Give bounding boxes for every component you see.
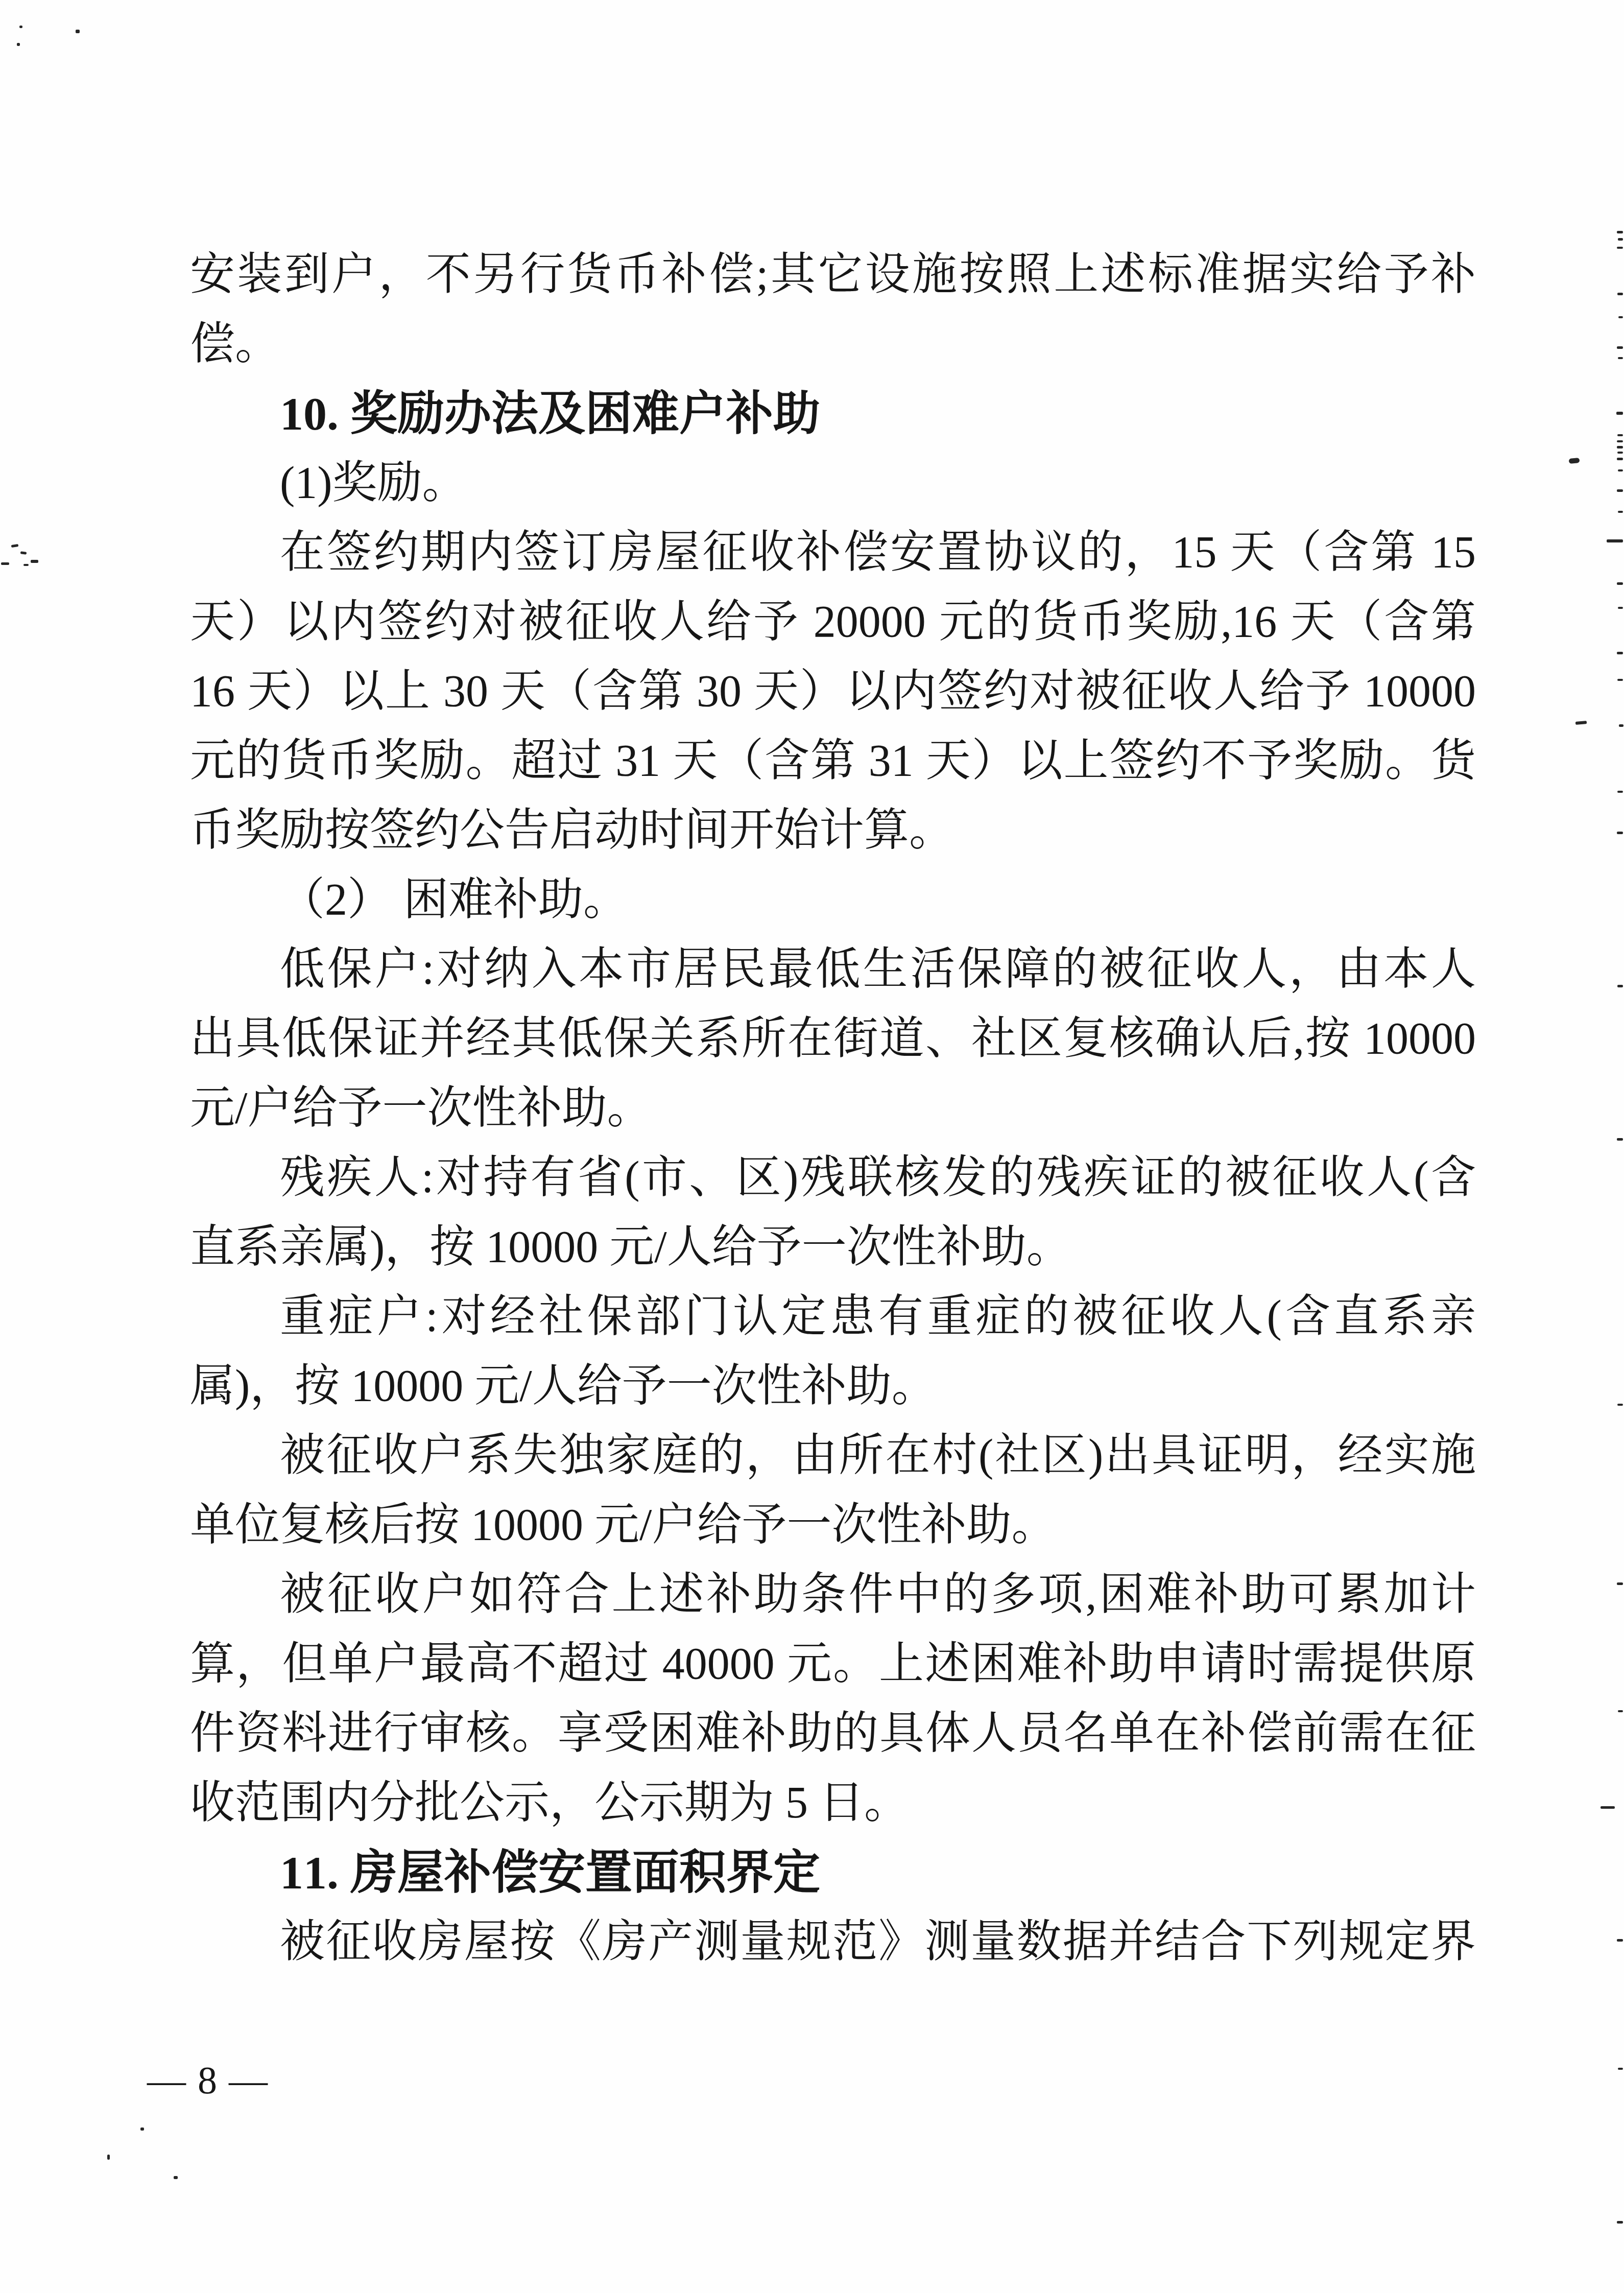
text-line: （2） 困难补助。	[190, 865, 1476, 935]
text-line: 出具低保证并经其低保关系所在街道、社区复核确认后,按 10000	[190, 1004, 1476, 1074]
section-heading: 10. 奖励办法及困难户补助	[190, 379, 1476, 448]
scan-edge-fragment	[1617, 791, 1623, 793]
scan-edge-fragment	[1617, 1939, 1623, 1942]
text-line: 重症户:对经社保部门认定患有重症的被征收人(含直系亲	[190, 1282, 1476, 1352]
scan-noise-speck	[19, 26, 22, 28]
scan-noise-speck	[107, 2155, 110, 2160]
section-heading: 11. 房屋补偿安置面积界定	[190, 1838, 1476, 1907]
text-line: 被征收房屋按《房产测量规范》测量数据并结合下列规定界	[190, 1907, 1476, 1977]
scan-edge-fragment	[1618, 238, 1623, 241]
text-line: 件资料进行审核。享受困难补助的具体人员名单在补偿前需在征	[190, 1699, 1476, 1768]
scan-edge-fragment	[1617, 446, 1623, 448]
scan-noise-speck	[1601, 1806, 1615, 1809]
text-line: 元的货币奖励。超过 31 天（含第 31 天）以上签约不予奖励。货	[190, 726, 1476, 796]
scan-edge-fragment	[1617, 458, 1623, 460]
text-line: 被征收户系失独家庭的，由所在村(社区)出具证明，经实施	[190, 1421, 1476, 1491]
scan-edge-fragment	[1617, 293, 1623, 295]
scan-edge-fragment	[1617, 452, 1623, 454]
scan-edge-fragment	[1618, 511, 1623, 513]
text-line: 算，但单户最高不超过 40000 元。上述困难补助申请时需提供原	[190, 1629, 1476, 1699]
scan-edge-fragment	[1617, 489, 1623, 492]
scan-noise-speck	[1607, 539, 1623, 542]
scan-edge-fragment	[1617, 247, 1623, 249]
scan-edge-fragment	[1617, 2221, 1623, 2224]
text-line: 天）以内签约对被征收人给予 20000 元的货币奖励,16 天（含第	[190, 587, 1476, 657]
scan-edge-fragment	[1617, 652, 1623, 654]
scan-edge-fragment	[1617, 985, 1623, 987]
document-page: 安装到户，不另行货币补偿;其它设施按照上述标准据实给予补 偿。 10. 奖励办法…	[0, 0, 1624, 2293]
scan-edge-fragment	[1617, 1404, 1623, 1406]
text-line: 收范围内分批公示，公示期为 5 日。	[190, 1768, 1476, 1838]
scan-edge-fragment	[1618, 357, 1623, 359]
text-line: 16 天）以上 30 天（含第 30 天）以内签约对被征收人给予 10000	[190, 657, 1476, 726]
scan-edge-fragment	[1617, 440, 1623, 442]
text-line: 币奖励按签约公告启动时间开始计算。	[190, 796, 1476, 865]
scan-noise-speck	[1569, 458, 1580, 464]
text-line: (1)奖励。	[190, 448, 1476, 518]
text-line: 偿。	[190, 310, 1476, 379]
scan-edge-fragment	[1618, 316, 1623, 318]
text-line: 属)，按 10000 元/人给予一次性补助。	[190, 1352, 1476, 1421]
scan-noise-speck	[20, 551, 27, 554]
scan-edge-fragment	[1617, 231, 1623, 233]
page-number: — 8 —	[147, 2058, 269, 2103]
scan-noise-speck	[76, 30, 80, 33]
scan-edge-fragment	[1617, 434, 1623, 436]
text-line: 残疾人:对持有省(市、区)残联核发的残疾证的被征收人(含	[190, 1143, 1476, 1213]
scan-noise-speck	[31, 560, 38, 563]
scan-edge-fragment	[1618, 469, 1623, 471]
scan-edge-fragment	[1617, 1582, 1623, 1585]
text-line: 单位复核后按 10000 元/户给予一次性补助。	[190, 1491, 1476, 1560]
text-line: 安装到户，不另行货币补偿;其它设施按照上述标准据实给予补	[190, 240, 1476, 310]
text-line: 被征收户如符合上述补助条件中的多项,困难补助可累加计	[190, 1560, 1476, 1629]
scan-edge-fragment	[1617, 679, 1623, 681]
scan-edge-fragment	[1617, 832, 1623, 834]
text-line: 在签约期内签订房屋征收补偿安置协议的，15 天（含第 15	[190, 518, 1476, 587]
scan-edge-fragment	[1618, 2068, 1623, 2070]
text-line: 低保户:对纳入本市居民最低生活保障的被征收人，由本人	[190, 935, 1476, 1004]
scan-noise-speck	[11, 544, 19, 548]
scan-noise-speck	[174, 2176, 178, 2179]
scan-noise-speck	[140, 2127, 144, 2131]
scan-edge-fragment	[1617, 346, 1623, 349]
scan-noise-speck	[17, 43, 20, 46]
scan-edge-fragment	[1618, 607, 1623, 609]
scan-noise-speck	[1, 562, 9, 565]
scan-noise-speck	[1575, 721, 1587, 725]
text-line: 元/户给予一次性补助。	[190, 1074, 1476, 1143]
scan-edge-fragment	[1617, 582, 1623, 585]
text-line: 直系亲属)，按 10000 元/人给予一次性补助。	[190, 1213, 1476, 1282]
scan-edge-fragment	[1618, 1710, 1623, 1712]
scan-edge-fragment	[1617, 1138, 1623, 1141]
document-body: 安装到户，不另行货币补偿;其它设施按照上述标准据实给予补 偿。 10. 奖励办法…	[190, 240, 1476, 1977]
scan-noise-speck	[23, 564, 29, 566]
scan-edge-fragment	[1616, 412, 1623, 415]
scan-edge-fragment	[1619, 724, 1623, 727]
